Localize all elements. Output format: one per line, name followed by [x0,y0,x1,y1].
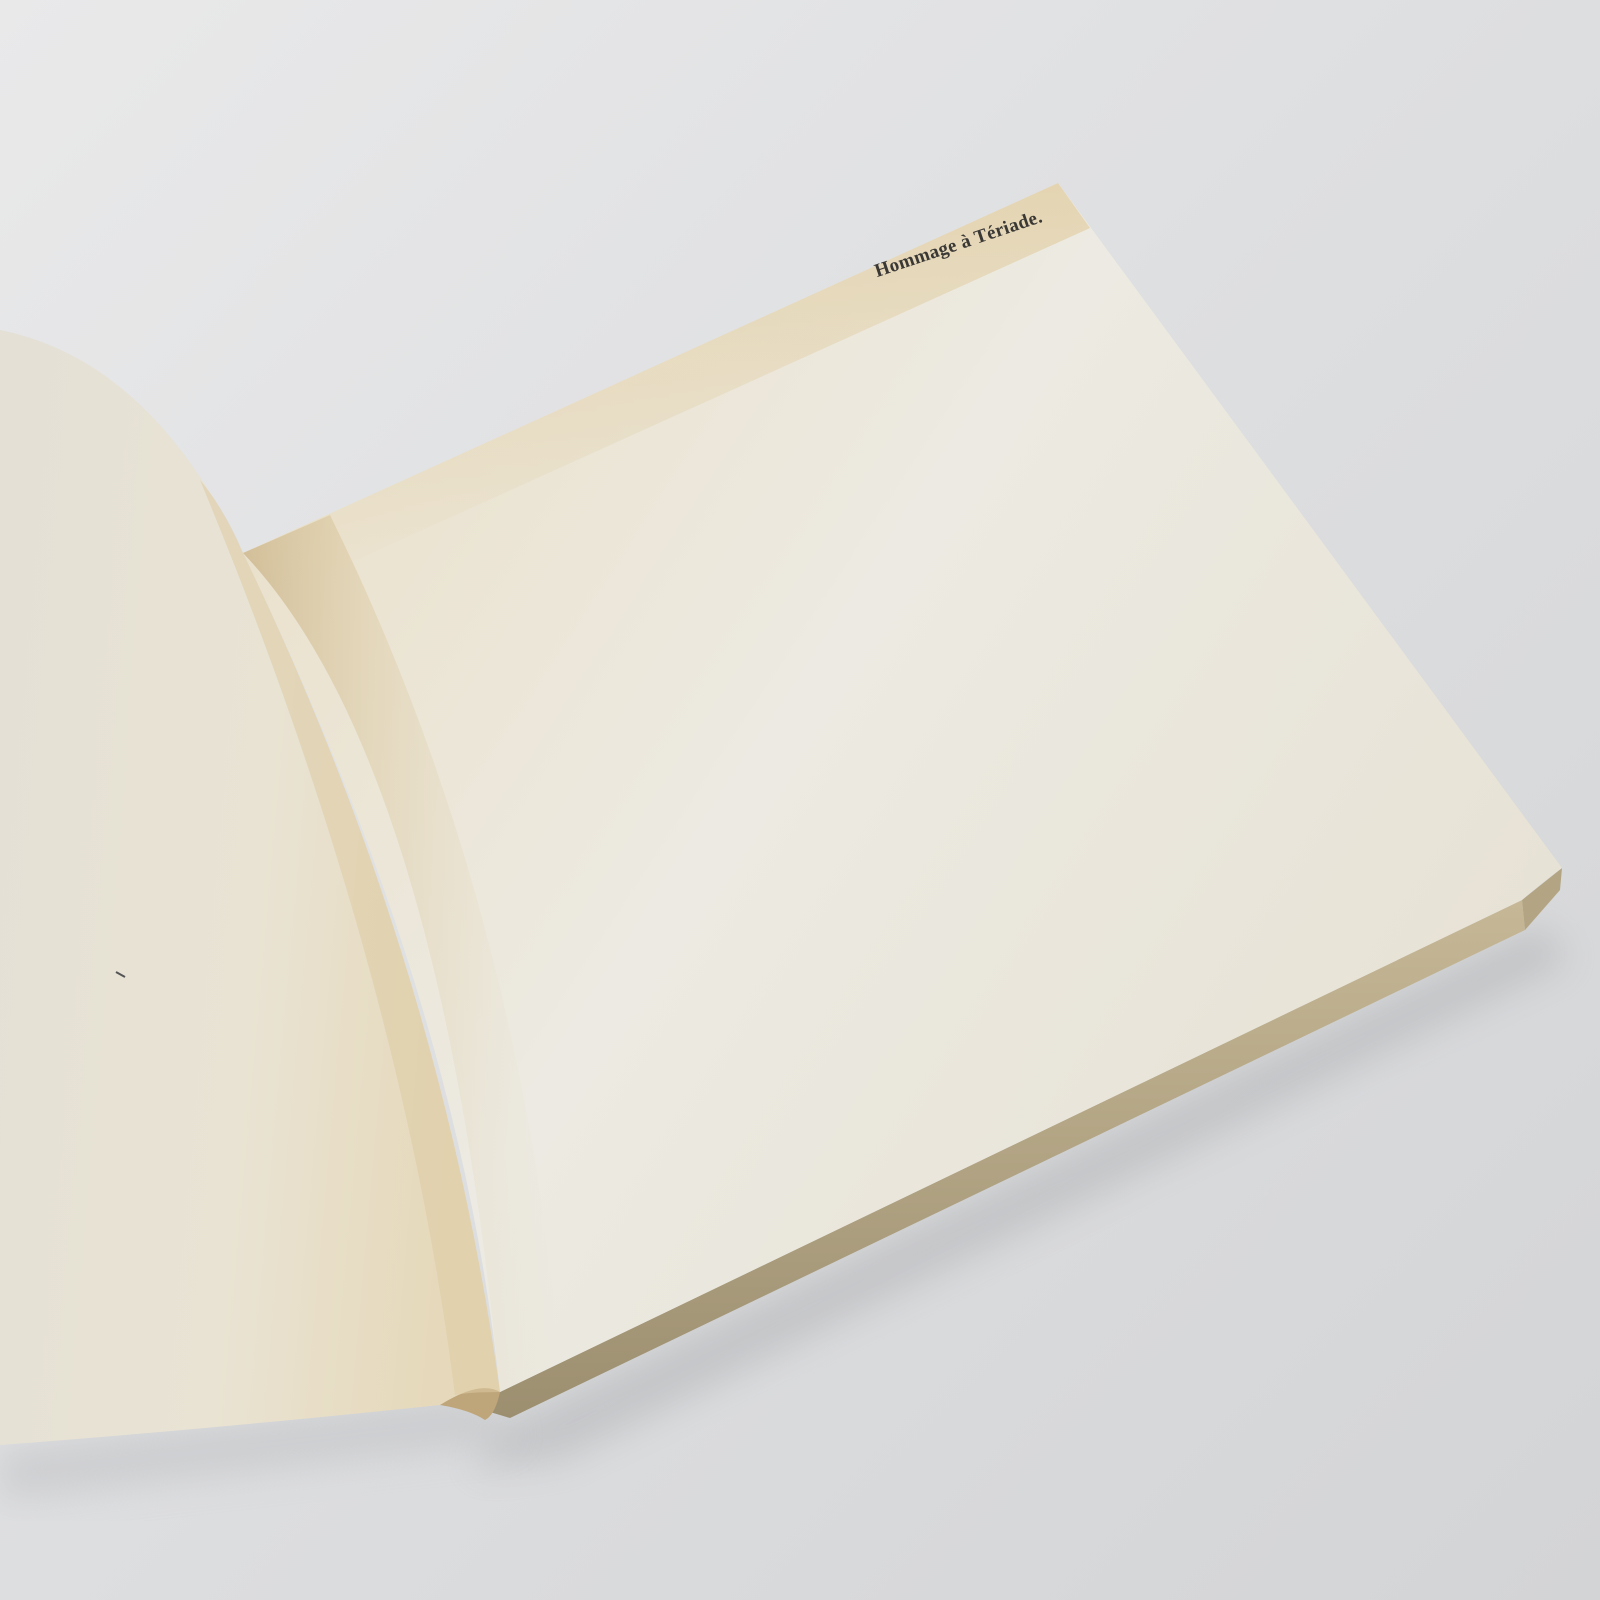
book-illustration [0,0,1600,1600]
photo-scene: Hommage à Tériade. [0,0,1600,1600]
